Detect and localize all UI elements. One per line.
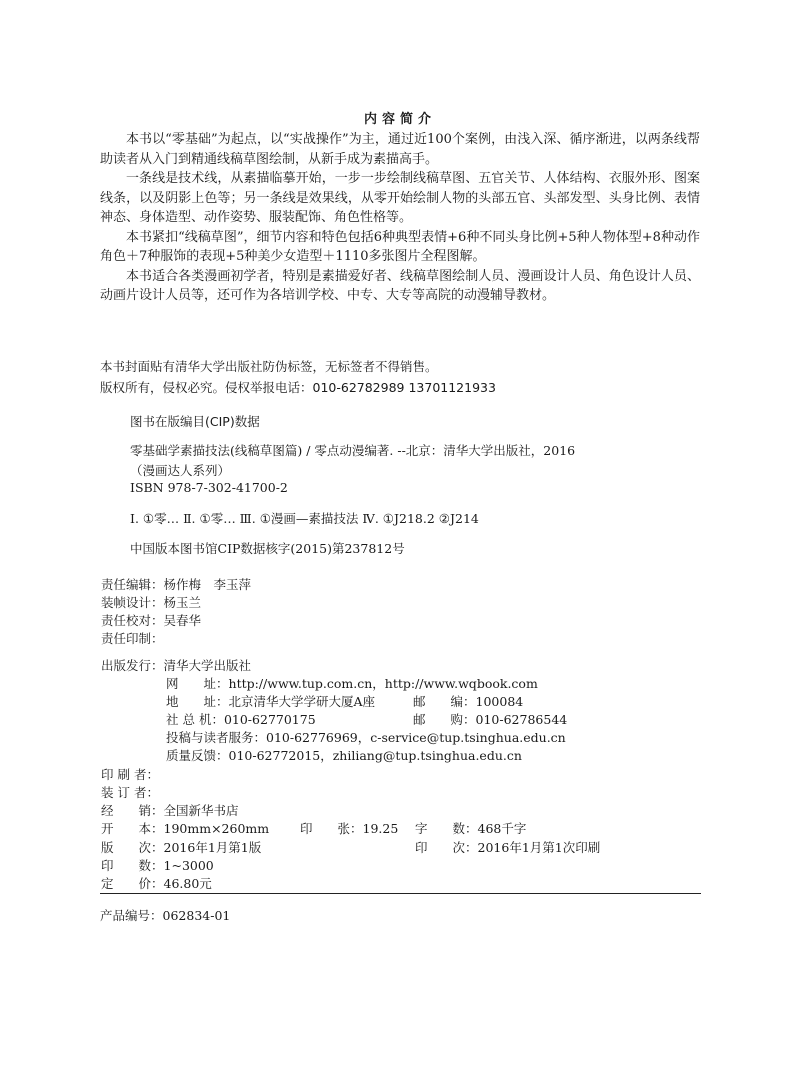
cip-series: （漫画达人系列） (130, 461, 230, 479)
staff-label: 装帧设计： (101, 595, 164, 610)
price-value: 46.80元 (164, 876, 212, 891)
staff-value: 杨玉兰 (164, 595, 202, 610)
divider (100, 893, 701, 894)
product-code: 产品编号：062834-01 (100, 906, 230, 924)
reader-service-label: 投稿与读者服务： (166, 730, 266, 745)
publisher-name: 清华大学出版社 (164, 658, 252, 673)
edition-value: 2016年1月第1版 (164, 840, 262, 855)
spec-printing: 印 次：2016年1月第1次印刷 (415, 838, 600, 856)
spec-binder: 装 订 者： (101, 783, 159, 801)
quality-label: 质量反馈： (166, 748, 229, 763)
printing-value: 2016年1月第1次印刷 (478, 840, 601, 855)
format-label: 开 本： (101, 821, 164, 836)
publisher-mail-order: 邮 购：010-62786544 (413, 710, 567, 728)
publisher-address: 地 址：北京清华大学学研大厦A座 (166, 692, 375, 710)
spec-words: 字 数：468千字 (415, 819, 526, 837)
address-label: 地 址： (166, 694, 229, 709)
spec-price: 定 价：46.80元 (101, 874, 212, 892)
publisher-line: 出版发行：清华大学出版社 (101, 656, 251, 674)
distributor-value: 全国新华书店 (164, 803, 239, 818)
edition-label: 版 次： (101, 840, 164, 855)
spec-sheets: 印 张：19.25 (300, 819, 398, 837)
intro-paragraph: 本书紧扣“线稿草图”，细节内容和特色包括6种典型表情+6种不同头身比例+5种人物… (100, 228, 700, 267)
anti-counterfeit-notice: 本书封面贴有清华大学出版社防伪标签，无标签者不得销售。 (100, 357, 438, 375)
publisher-reader-service: 投稿与读者服务：010-62776969，c-service@tup.tsing… (166, 728, 566, 746)
staff-value: 杨作梅 李玉萍 (164, 577, 252, 592)
content-intro-body: 本书以“零基础”为起点，以“实战操作”为主，通过近100个案例，由浅入深、循序渐… (100, 130, 700, 306)
spec-distributor: 经 销：全国新华书店 (101, 801, 239, 819)
staff-label: 责任编辑： (101, 577, 164, 592)
switchboard-value: 010-62770175 (224, 712, 316, 727)
intro-paragraph: 本书以“零基础”为起点，以“实战操作”为主，通过近100个案例，由浅入深、循序渐… (100, 130, 700, 169)
staff-label: 责任校对： (101, 613, 164, 628)
cip-record-number: 中国版本图书馆CIP数据核字(2015)第237812号 (130, 539, 405, 557)
intro-paragraph: 本书适合各类漫画初学者，特别是素描爱好者、线稿草图绘制人员、漫画设计人员、角色设… (100, 267, 700, 306)
address-value: 北京清华大学学研大厦A座 (229, 694, 376, 709)
copies-value: 1~3000 (164, 858, 214, 873)
price-label: 定 价： (101, 876, 164, 891)
sheets-label: 印 张： (300, 821, 363, 836)
publisher-website: 网 址：http://www.tup.com.cn，http://www.wqb… (166, 674, 538, 692)
postcode-value: 100084 (476, 694, 524, 709)
spec-copies: 印 数：1~3000 (101, 856, 214, 874)
staff-editor: 责任编辑：杨作梅 李玉萍 (101, 575, 251, 593)
website-value: http://www.tup.com.cn，http://www.wqbook.… (229, 676, 538, 691)
cip-title-line: 零基础学素描技法(线稿草图篇) / 零点动漫编著. --北京：清华大学出版社，2… (130, 441, 575, 459)
website-label: 网 址： (166, 676, 229, 691)
product-code-label: 产品编号： (100, 908, 163, 923)
postcode-label: 邮 编： (413, 694, 476, 709)
copyright-notice: 版权所有，侵权必究。侵权举报电话：010-62782989 1370112193… (100, 378, 496, 396)
printer-label: 印 刷 者： (101, 767, 159, 782)
staff-proofreader: 责任校对：吴春华 (101, 611, 201, 629)
publisher-label: 出版发行： (101, 658, 164, 673)
cip-heading: 图书在版编目(CIP)数据 (130, 412, 260, 430)
staff-value: 吴春华 (164, 613, 202, 628)
spec-edition: 版 次：2016年1月第1版 (101, 838, 261, 856)
distributor-label: 经 销： (101, 803, 164, 818)
product-code-value: 062834-01 (163, 908, 231, 923)
switchboard-label: 社 总 机： (166, 712, 224, 727)
quality-value: 010-62772015，zhiliang@tup.tsinghua.edu.c… (229, 748, 522, 763)
publisher-postcode: 邮 编：100084 (413, 692, 523, 710)
intro-paragraph: 一条线是技术线，从素描临摹开始，一步一步绘制线稿草图、五官关节、人体结构、衣服外… (100, 169, 700, 228)
mail-order-value: 010-62786544 (476, 712, 568, 727)
words-label: 字 数： (415, 821, 478, 836)
staff-label: 责任印制： (101, 631, 164, 646)
staff-designer: 装帧设计：杨玉兰 (101, 593, 201, 611)
reader-service-value: 010-62776969，c-service@tup.tsinghua.edu.… (266, 730, 566, 745)
publisher-quality-feedback: 质量反馈：010-62772015，zhiliang@tup.tsinghua.… (166, 746, 522, 764)
binder-label: 装 订 者： (101, 785, 159, 800)
mail-order-label: 邮 购： (413, 712, 476, 727)
spec-printer: 印 刷 者： (101, 765, 159, 783)
staff-print-supervisor: 责任印制： (101, 629, 164, 647)
words-value: 468千字 (478, 821, 527, 836)
copies-label: 印 数： (101, 858, 164, 873)
publisher-switchboard: 社 总 机：010-62770175 (166, 710, 316, 728)
cip-isbn: ISBN 978-7-302-41700-2 (130, 480, 288, 495)
format-value: 190mm×260mm (164, 821, 270, 836)
spec-format: 开 本：190mm×260mm (101, 819, 269, 837)
sheets-value: 19.25 (363, 821, 399, 836)
cip-classification: Ⅰ. ①零… Ⅱ. ①零… Ⅲ. ①漫画—素描技法 Ⅳ. ①J218.2 ②J2… (130, 509, 479, 527)
printing-label: 印 次： (415, 840, 478, 855)
content-intro-title: 内容简介 (0, 108, 800, 127)
